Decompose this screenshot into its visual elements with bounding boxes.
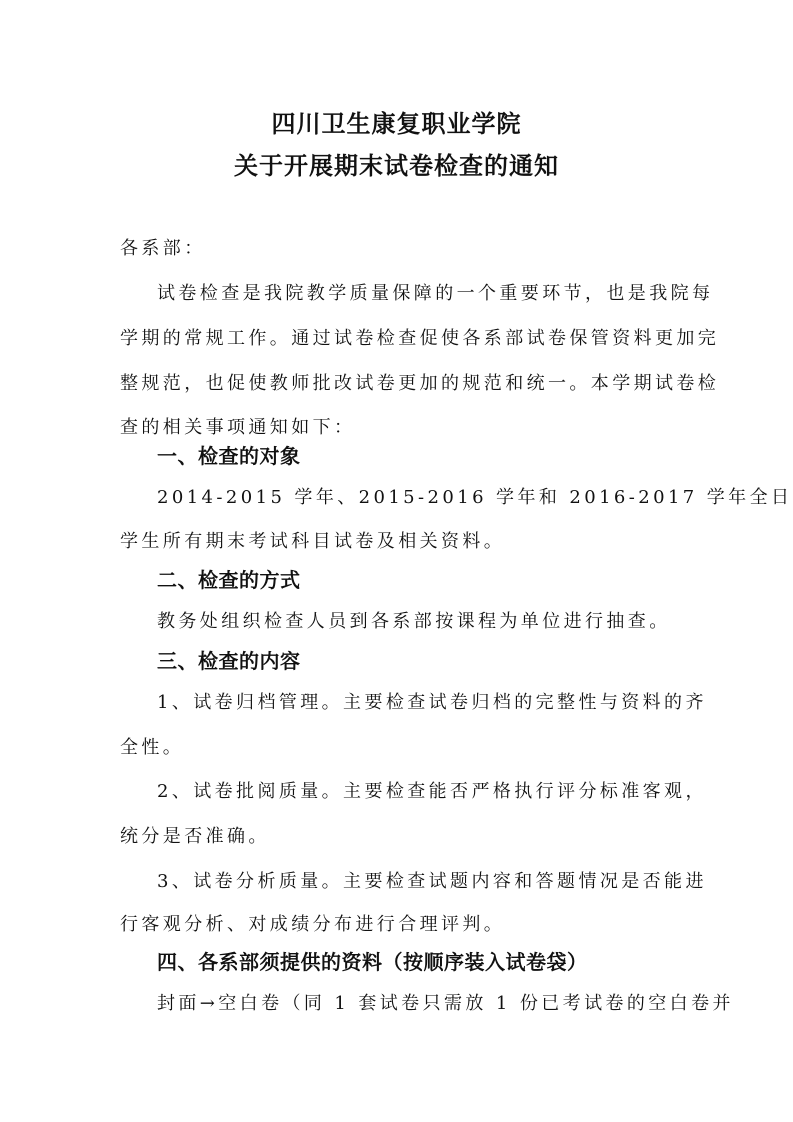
section-line: 2、试卷批阅质量。主要检查能否严格执行评分标准客观， — [157, 777, 707, 803]
title-institution: 四川卫生康复职业学院 — [0, 104, 793, 139]
document-page: 四川卫生康复职业学院 关于开展期末试卷检查的通知 各系部： 试卷检查是我院教学质… — [0, 0, 793, 1122]
section-heading-method: 二、检查的方式 — [157, 564, 301, 593]
section-heading-target: 一、检查的对象 — [157, 440, 301, 469]
intro-line: 学期的常规工作。通过试卷检查促使各系部试卷保管资料更加完 — [120, 324, 719, 350]
section-line: 1、试卷归档管理。主要检查试卷归档的完整性与资料的齐 — [157, 688, 707, 714]
section-line: 学生所有期末考试科目试卷及相关资料。 — [120, 527, 505, 553]
section-line: 行客观分析、对成绩分布进行合理评判。 — [120, 910, 505, 936]
section-line: 统分是否准确。 — [120, 822, 270, 848]
intro-line: 试卷检查是我院教学质量保障的一个重要环节，也是我院每 — [157, 279, 713, 305]
intro-line: 查的相关事项通知如下： — [120, 413, 355, 439]
section-line: 2014-2015 学年、2015-2016 学年和 2016-2017 学年全… — [157, 483, 793, 509]
section-line: 3、试卷分析质量。主要检查试题内容和答题情况是否能进 — [157, 867, 707, 893]
section-line: 教务处组织检查人员到各系部按课程为单位进行抽查。 — [157, 607, 671, 633]
section-heading-materials: 四、各系部须提供的资料（按顺序装入试卷袋） — [157, 946, 588, 975]
title-notice: 关于开展期末试卷检查的通知 — [0, 146, 793, 181]
intro-line: 整规范，也促使教师批改试卷更加的规范和统一。本学期试卷检 — [120, 369, 719, 395]
section-heading-content: 三、检查的内容 — [157, 645, 301, 674]
section-line: 封面→空白卷（同 1 套试卷只需放 1 份已考试卷的空白卷并 — [157, 989, 734, 1015]
salutation: 各系部： — [120, 234, 206, 260]
section-line: 全性。 — [120, 733, 184, 759]
